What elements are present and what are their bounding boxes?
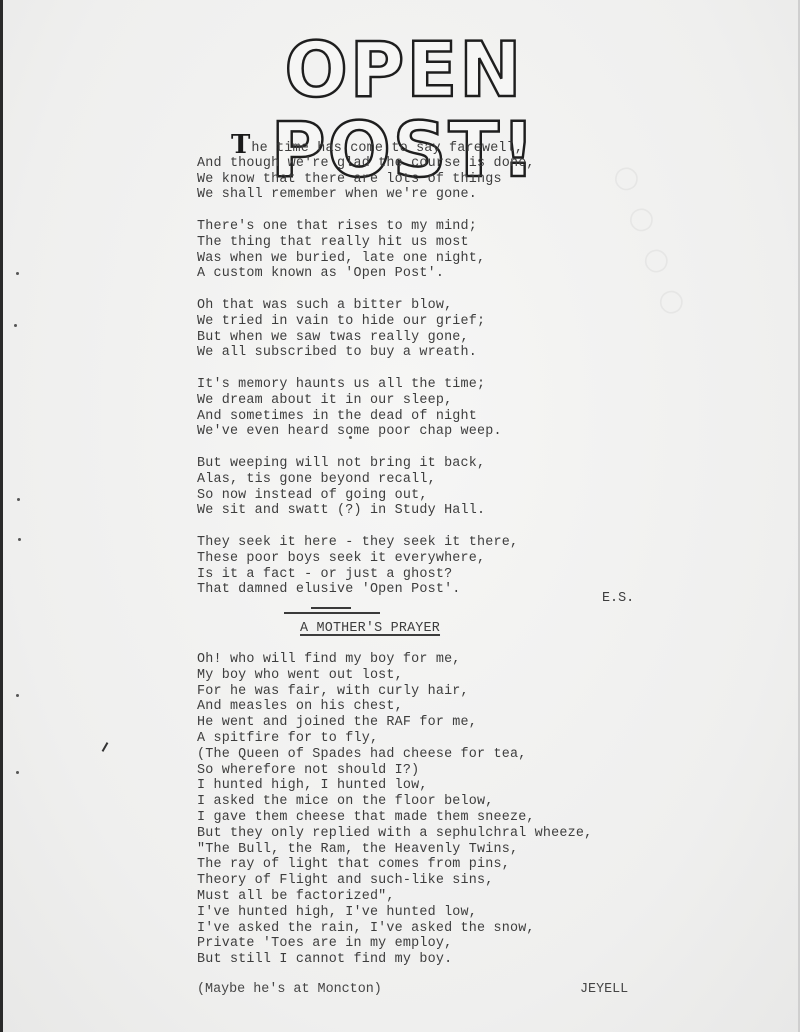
poem-line: The ray of light that comes from pins, — [197, 857, 592, 873]
poem-line: But they only replied with a sephulchral… — [197, 826, 592, 842]
poem-open-post: The time has come to say farewell,And th… — [197, 140, 535, 614]
poem-line: They seek it here - they seek it there, — [197, 535, 535, 551]
paper-speck — [349, 436, 352, 439]
poem-line: A custom known as 'Open Post'. — [197, 266, 535, 282]
poem-line: A spitfire for to fly, — [197, 731, 592, 747]
poem-line: Was when we buried, late one night, — [197, 251, 535, 267]
poem-line: The thing that really hit us most — [197, 235, 535, 251]
poem-line: That damned elusive 'Open Post'. — [197, 582, 535, 598]
poem-line: The time has come to say farewell, — [197, 140, 535, 156]
paper-speck — [14, 324, 17, 327]
poem-line: Oh! who will find my boy for me, — [197, 652, 592, 668]
poem-line: Private 'Toes are in my employ, — [197, 936, 592, 952]
poem-line: I asked the mice on the floor below, — [197, 794, 592, 810]
paper-speck — [16, 694, 19, 697]
pen-mark — [102, 742, 109, 752]
poem-line: It's memory haunts us all the time; — [197, 377, 535, 393]
poem-line: But weeping will not bring it back, — [197, 456, 535, 472]
poem-line: Alas, tis gone beyond recall, — [197, 472, 535, 488]
poem-line: "The Bull, the Ram, the Heavenly Twins, — [197, 842, 592, 858]
document-page: ○ ○ ○ ○ OPEN POST! OPEN POST! The time h… — [0, 0, 800, 1032]
poem-line: And though we're glad the course is done… — [197, 156, 535, 172]
stanza: It's memory haunts us all the time;We dr… — [197, 377, 535, 440]
poem2-footnote: (Maybe he's at Moncton) — [197, 982, 382, 997]
poem-line: We all subscribed to buy a wreath. — [197, 345, 535, 361]
document-title: OPEN POST! — [149, 30, 659, 110]
poem-line: There's one that rises to my mind; — [197, 219, 535, 235]
poem-line: So now instead of going out, — [197, 488, 535, 504]
poem-line: So wherefore not should I?) — [197, 763, 592, 779]
poem-line: But still I cannot find my boy. — [197, 952, 592, 968]
poem-line: Is it a fact - or just a ghost? — [197, 567, 535, 583]
poem-mothers-prayer: Oh! who will find my boy for me,My boy w… — [197, 652, 592, 968]
poem-line: I've asked the rain, I've asked the snow… — [197, 921, 592, 937]
page-left-edge — [0, 0, 3, 1032]
stanza: Oh that was such a bitter blow,We tried … — [197, 298, 535, 361]
stanza: There's one that rises to my mind;The th… — [197, 219, 535, 282]
poem-line: My boy who went out lost, — [197, 668, 592, 684]
poem-line: We sit and swatt (?) in Study Hall. — [197, 503, 535, 519]
poem-line: Oh that was such a bitter blow, — [197, 298, 535, 314]
stanza: They seek it here - they seek it there,T… — [197, 535, 535, 598]
paper-speck — [16, 272, 19, 275]
paper-speck — [16, 771, 19, 774]
poem-line: For he was fair, with curly hair, — [197, 684, 592, 700]
poem2-author: JEYELL — [580, 982, 628, 997]
poem-line: We shall remember when we're gone. — [197, 187, 535, 203]
poem1-signature: E.S. — [602, 591, 634, 606]
poem-line: (The Queen of Spades had cheese for tea, — [197, 747, 592, 763]
stanza: But weeping will not bring it back,Alas,… — [197, 456, 535, 519]
poem-line: He went and joined the RAF for me, — [197, 715, 592, 731]
poem-line: I've hunted high, I've hunted low, — [197, 905, 592, 921]
poem-line: And measles on his chest, — [197, 699, 592, 715]
poem-line: I gave them cheese that made them sneeze… — [197, 810, 592, 826]
poem-line: We dream about it in our sleep, — [197, 393, 535, 409]
stanza: The time has come to say farewell,And th… — [197, 140, 535, 203]
poem-line: I hunted high, I hunted low, — [197, 778, 592, 794]
poem-line: We've even heard some poor chap weep. — [197, 424, 535, 440]
poem-line: But when we saw twas really gone, — [197, 330, 535, 346]
separator-rule-short — [311, 607, 351, 609]
poem-line: And sometimes in the dead of night — [197, 409, 535, 425]
poem-line: Must all be factorized", — [197, 889, 592, 905]
bleed-through-watermark: ○ ○ ○ ○ — [607, 160, 695, 324]
poem-line: These poor boys seek it everywhere, — [197, 551, 535, 567]
poem-line: Theory of Flight and such-like sins, — [197, 873, 592, 889]
separator-rule-long — [284, 612, 380, 614]
paper-speck — [17, 498, 20, 501]
paper-speck — [18, 538, 21, 541]
poem2-title: A MOTHER'S PRAYER — [300, 621, 440, 636]
poem-line: We know that there are lots of things — [197, 172, 535, 188]
poem-line: We tried in vain to hide our grief; — [197, 314, 535, 330]
